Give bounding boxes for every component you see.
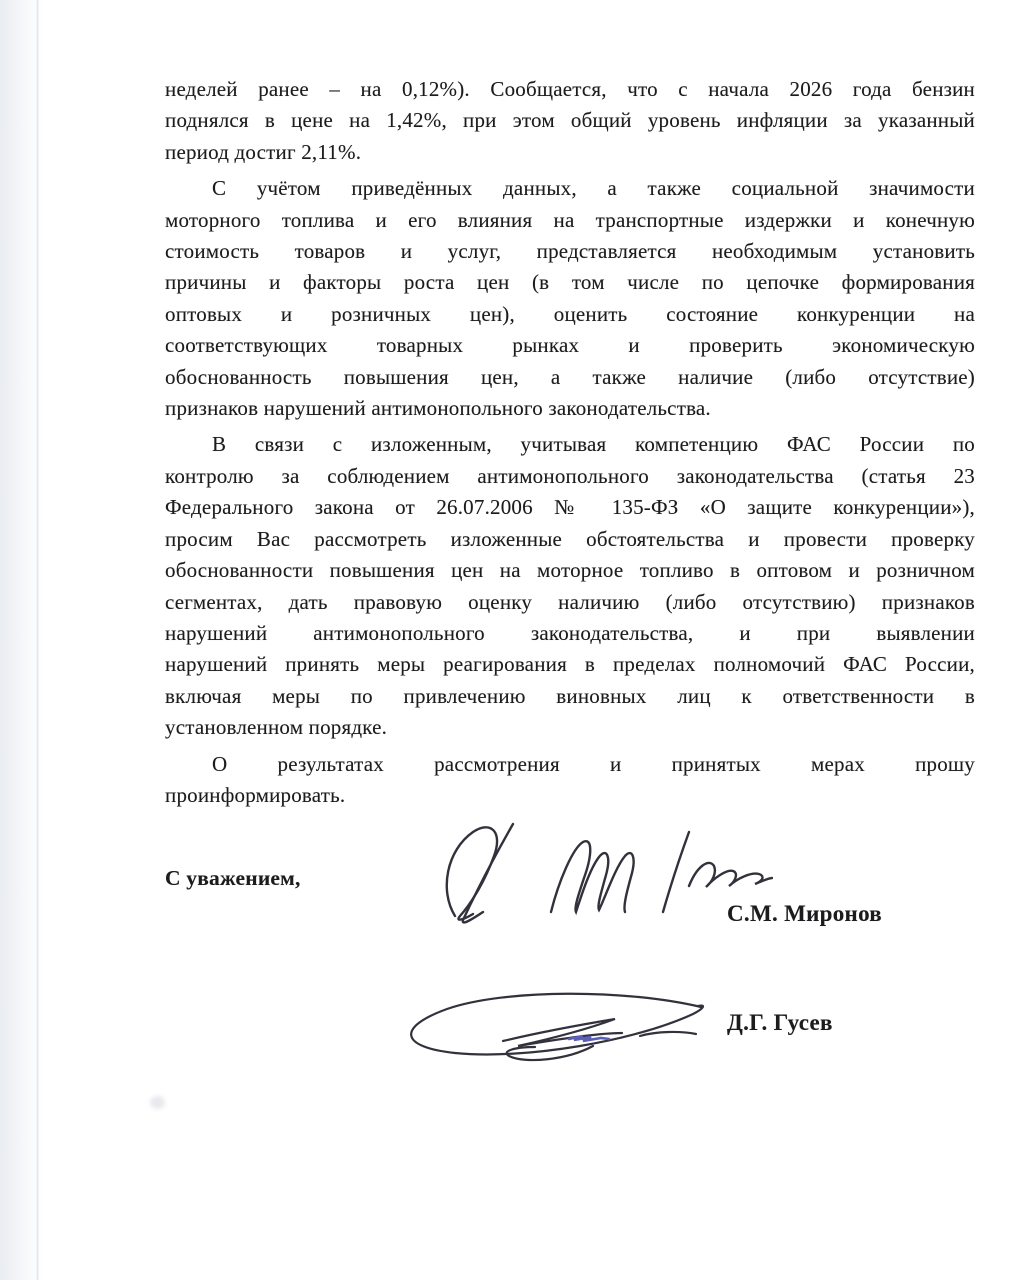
- paragraph: О результатах рассмотрения и принятых ме…: [165, 749, 975, 812]
- document-line: сегментах, дать правовую оценку наличию …: [165, 587, 975, 618]
- document-line: нарушений антимонопольного законодательс…: [165, 618, 975, 649]
- document-line: просим Вас рассмотреть изложенные обстоя…: [165, 524, 975, 555]
- document-line: нарушений принять меры реагирования в пр…: [165, 649, 975, 680]
- document-line: включая меры по привлечению виновных лиц…: [165, 681, 975, 712]
- document-line: С учётом приведённых данных, а также соц…: [165, 173, 975, 204]
- document-line: О результатах рассмотрения и принятых ме…: [165, 749, 975, 780]
- document-line: контролю за соблюдением антимонопольного…: [165, 461, 975, 492]
- signatory-name-mironov: С.М. Миронов: [727, 901, 882, 927]
- document-line: поднялся в цене на 1,42%, при этом общий…: [165, 105, 975, 136]
- document-line: соответствующих товарных рынках и провер…: [165, 330, 975, 361]
- document-line: проинформировать.: [165, 780, 975, 811]
- paragraph: В связи с изложенным, учитывая компетенц…: [165, 429, 975, 743]
- document-line: В связи с изложенным, учитывая компетенц…: [165, 429, 975, 460]
- document-body: неделей ранее – на 0,12%). Сообщается, ч…: [165, 74, 975, 811]
- scan-smudge-artifact: [150, 1096, 165, 1109]
- document-line: установленном порядке.: [165, 712, 975, 743]
- document-line: причины и факторы роста цен (в том числе…: [165, 267, 975, 298]
- paragraph: неделей ранее – на 0,12%). Сообщается, ч…: [165, 74, 975, 168]
- closing-salutation: С уважением,: [165, 866, 301, 891]
- document-line: моторного топлива и его влияния на транс…: [165, 205, 975, 236]
- document-line: неделей ранее – на 0,12%). Сообщается, ч…: [165, 74, 975, 105]
- paragraph: С учётом приведённых данных, а также соц…: [165, 173, 975, 424]
- scan-page-edge-line: [36, 0, 39, 1280]
- document-line: признаков нарушений антимонопольного зак…: [165, 393, 975, 424]
- mironov-signature: [433, 820, 773, 930]
- document-line: период достиг 2,11%.: [165, 137, 975, 168]
- document-line: обоснованности повышения цен на моторное…: [165, 555, 975, 586]
- gusev-signature: [385, 983, 715, 1073]
- document-line: стоимость товаров и услуг, представляетс…: [165, 236, 975, 267]
- signatory-name-gusev: Д.Г. Гусев: [727, 1010, 833, 1036]
- document-line: Федерального закона от 26.07.2006 № 135-…: [165, 492, 975, 523]
- document-line: оптовых и розничных цен), оценить состоя…: [165, 299, 975, 330]
- document-line: обоснованность повышения цен, а также на…: [165, 362, 975, 393]
